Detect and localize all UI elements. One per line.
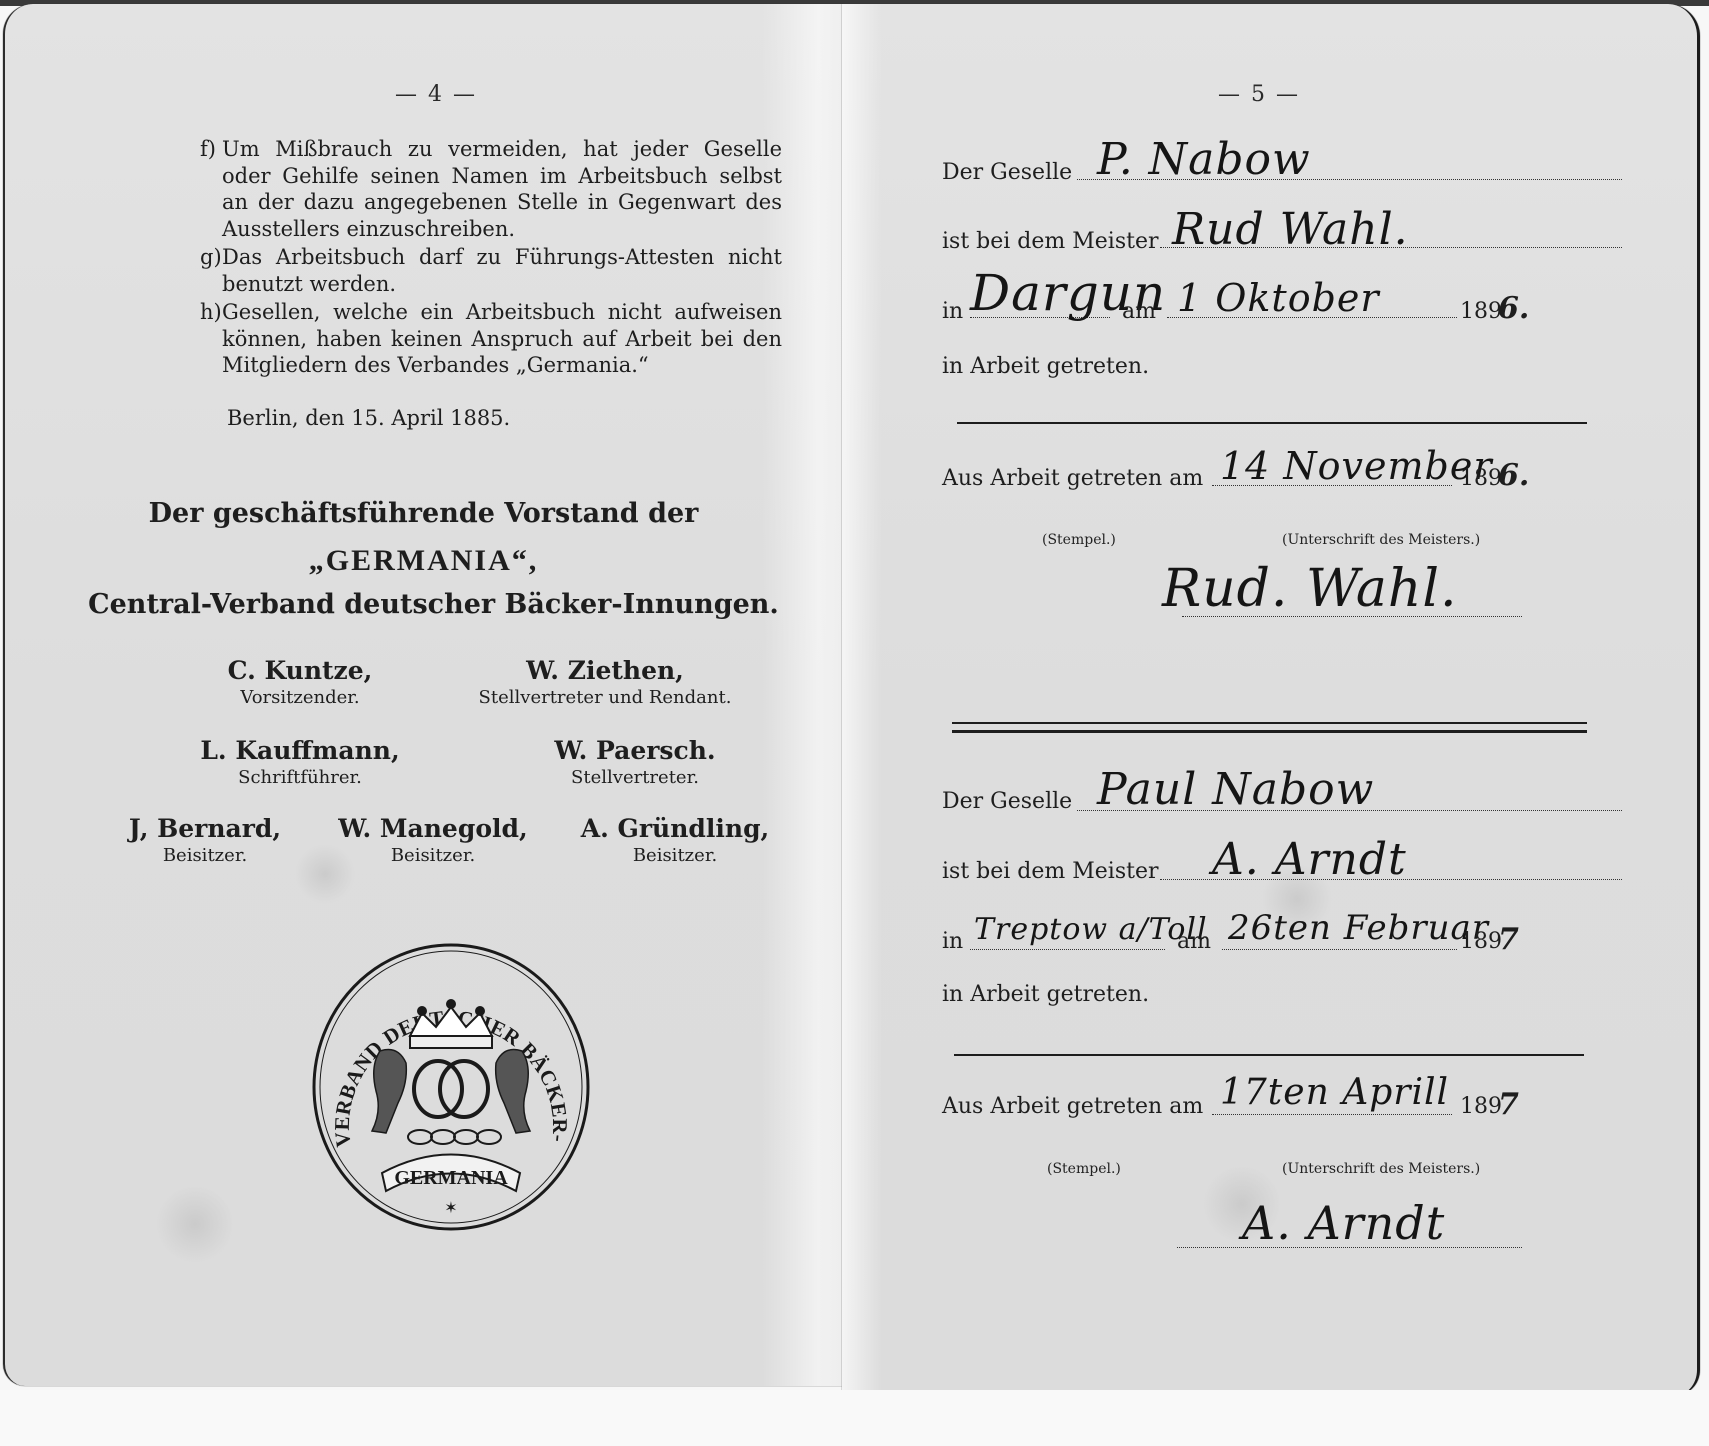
page-number: — 5 — (1218, 82, 1300, 107)
in-label: in (942, 299, 963, 324)
master-signature-handwritten: A. Arndt (1242, 1196, 1445, 1250)
page-number: — 4 — (395, 82, 477, 107)
board-member: W. Manegold, Beisitzer. (323, 814, 543, 866)
journeyman-name-handwritten: P. Nabow (1097, 134, 1311, 185)
end-date-handwritten: 14 November (1220, 444, 1493, 488)
right-page: — 5 — Der Geselle P. Nabow ist bei dem M… (842, 4, 1700, 1396)
svg-text:✶: ✶ (444, 1198, 457, 1217)
dateline: Berlin, den 15. April 1885. (227, 406, 510, 430)
left-work-label: Aus Arbeit getreten am (942, 1094, 1203, 1119)
master-label: ist bei dem Meister (942, 229, 1159, 254)
rule-item: g) Das Arbeitsbuch darf zu Führungs-Atte… (200, 244, 782, 297)
rule-letter: f) (200, 136, 222, 242)
member-role: Stellvertreter. (515, 767, 755, 788)
start-year-printed: 189 (1460, 299, 1502, 324)
place-field-line (970, 949, 1165, 950)
board-member: W. Paersch. Stellvertreter. (515, 736, 755, 788)
end-date-field-line (1212, 1114, 1452, 1115)
seal-emblem-icon: CENTRAL-VERBAND DEUTSCHER BÄCKER-INNUNGE… (310, 941, 592, 1233)
board-member: J, Bernard, Beisitzer. (105, 814, 305, 866)
member-name: W. Manegold, (323, 814, 543, 843)
stamp-caption: (Stempel.) (1042, 532, 1116, 548)
end-year-printed: 189 (1460, 1094, 1502, 1119)
rule-item: f) Um Mißbrauch zu vermeiden, hat jeder … (200, 136, 782, 242)
member-role: Beisitzer. (323, 845, 543, 866)
rule-letter: h) (200, 299, 222, 379)
master-signature-handwritten: Rud. Wahl. (1162, 559, 1458, 619)
stamp-caption: (Stempel.) (1047, 1161, 1121, 1177)
member-name: J, Bernard, (105, 814, 305, 843)
place-handwritten: Treptow a/Toll (974, 912, 1208, 947)
end-date-handwritten: 17ten Aprill (1220, 1072, 1449, 1113)
paper-stain (155, 1184, 235, 1264)
member-role: Vorsitzender. (195, 687, 405, 708)
left-page: — 4 — f) Um Mißbrauch zu vermeiden, hat … (3, 4, 842, 1386)
journeyman-label: Der Geselle (942, 160, 1072, 185)
am-label: am (1122, 299, 1156, 324)
rule-item: h) Gesellen, welche ein Arbeitsbuch nich… (200, 299, 782, 379)
journeyman-name-handwritten: Paul Nabow (1097, 764, 1374, 815)
member-name: L. Kauffmann, (175, 736, 425, 765)
start-date-handwritten: 26ten Februar (1228, 908, 1489, 948)
member-name: A. Gründling, (565, 814, 785, 843)
member-role: Beisitzer. (565, 845, 785, 866)
board-member: A. Gründling, Beisitzer. (565, 814, 785, 866)
member-role: Beisitzer. (105, 845, 305, 866)
in-label: in (942, 929, 963, 954)
scan-background (0, 1390, 1709, 1446)
member-name: W. Paersch. (515, 736, 755, 765)
left-work-label: Aus Arbeit getreten am (942, 466, 1203, 491)
germania-seal: CENTRAL-VERBAND DEUTSCHER BÄCKER-INNUNGE… (310, 941, 592, 1233)
member-role: Schriftführer. (175, 767, 425, 788)
rule-text: Gesellen, welche ein Arbeitsbuch nicht a… (222, 299, 782, 379)
rule-text: Das Arbeitsbuch darf zu Führungs-Atteste… (222, 244, 782, 297)
separator-rule (954, 1054, 1584, 1056)
started-label: in Arbeit getreten. (942, 982, 1149, 1007)
member-name: W. Ziethen, (445, 656, 765, 685)
rule-text: Um Mißbrauch zu vermeiden, hat jeder Ges… (222, 136, 782, 242)
end-year-handwritten: 7 (1498, 1087, 1519, 1122)
master-label: ist bei dem Meister (942, 859, 1159, 884)
board-member: L. Kauffmann, Schriftführer. (175, 736, 425, 788)
member-role: Stellvertreter und Rendant. (445, 687, 765, 708)
end-year-handwritten: 6. (1498, 458, 1529, 493)
svg-text:GERMANIA: GERMANIA (394, 1167, 508, 1189)
entry-divider (952, 722, 1587, 733)
am-label: am (1177, 929, 1211, 954)
board-member: W. Ziethen, Stellvertreter und Rendant. (445, 656, 765, 708)
rule-letter: g) (200, 244, 222, 297)
member-name: C. Kuntze, (195, 656, 405, 685)
start-date-field-line (1222, 949, 1457, 950)
start-year-handwritten: 6. (1498, 291, 1529, 326)
board-heading: Der geschäftsführende Vorstand der (5, 498, 842, 529)
rules-list: f) Um Mißbrauch zu vermeiden, hat jeder … (200, 136, 782, 381)
end-year-printed: 189 (1460, 466, 1502, 491)
gutter-highlight (842, 4, 882, 1396)
signature-caption: (Unterschrift des Meisters.) (1282, 532, 1480, 548)
started-label: in Arbeit getreten. (942, 354, 1149, 379)
journeyman-label: Der Geselle (942, 789, 1072, 814)
signature-caption: (Unterschrift des Meisters.) (1282, 1161, 1480, 1177)
master-name-handwritten: A. Arndt (1212, 834, 1407, 885)
board-member: C. Kuntze, Vorsitzender. (195, 656, 405, 708)
master-name-handwritten: Rud Wahl. (1172, 204, 1409, 255)
start-year-handwritten: 7 (1498, 922, 1519, 957)
start-date-handwritten: 1 Oktober (1177, 276, 1380, 320)
association-subtitle: Central-Verband deutscher Bäcker-Innunge… (15, 589, 852, 620)
start-year-printed: 189 (1460, 929, 1502, 954)
association-name: „GERMANIA“, (5, 544, 842, 578)
separator-rule (957, 422, 1587, 424)
